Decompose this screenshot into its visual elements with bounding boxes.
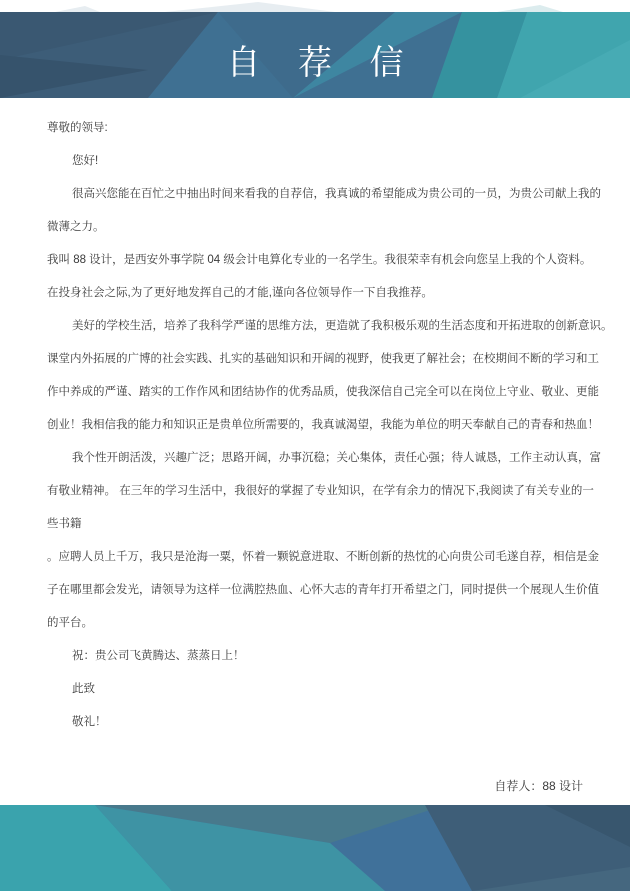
letter-line: 课堂内外拓展的广博的社会实践、扎实的基础知识和开阔的视野，使我更了解社会；在校期…: [47, 343, 583, 376]
letter-line: 您好!: [47, 145, 583, 178]
header-facet: [497, 5, 563, 12]
letter-line: 在投身社会之际,为了更好地发挥自己的才能,谨向各位领导作一下自我推荐。: [47, 277, 583, 310]
letter-body: 尊敬的领导:您好!很高兴您能在百忙之中抽出时间来看我的自荐信，我真诚的希望能成为…: [47, 112, 583, 739]
page-title: 自 荐 信: [213, 35, 418, 84]
letter-line: 尊敬的领导:: [47, 112, 583, 145]
letter-line: 祝：贵公司飞黄腾达、蒸蒸日上！: [47, 640, 583, 673]
letter-line: 些书籍: [47, 508, 583, 541]
letter-line: 我个性开朗活泼，兴趣广泛；思路开阔，办事沉稳；关心集体，责任心强；待人诚恳，工作…: [47, 442, 583, 475]
letter-line: 敬礼！: [47, 706, 583, 739]
letter-line: 微薄之力。: [47, 211, 583, 244]
title-overlay: 自 荐 信: [0, 12, 630, 98]
letter-line: 有敬业精神。 在三年的学习生活中，我很好的掌握了专业知识，在学有余力的情况下,我…: [47, 475, 583, 508]
letter-line: 作中养成的严谨、踏实的工作作风和团结协作的优秀品质，使我深信自己完全可以在岗位上…: [47, 376, 583, 409]
letter-line: 创业！我相信我的能力和知识正是贵单位所需要的，我真诚渴望，我能为单位的明天奉献自…: [47, 409, 583, 442]
letter-line: 子在哪里都会发光，请领导为这样一位满腔热血、心怀大志的青年打开希望之门，同时提供…: [47, 574, 583, 607]
letter-line: 很高兴您能在百忙之中抽出时间来看我的自荐信，我真诚的希望能成为贵公司的一员，为贵…: [47, 178, 583, 211]
letter-line: 的平台。: [47, 607, 583, 640]
letter-line: 我叫 88 设计，是西安外事学院 04 级会计电算化专业的一名学生。我很荣幸有机…: [47, 244, 583, 277]
letter-line: 。应聘人员上千万，我只是沧海一粟，怀着一颗锐意进取、不断创新的热忱的心向贵公司毛…: [47, 541, 583, 574]
letter-page: 自 荐 信 尊敬的领导:您好!很高兴您能在百忙之中抽出时间来看我的自荐信，我真诚…: [0, 0, 630, 891]
letter-line: 此致: [47, 673, 583, 706]
letter-line: 美好的学校生活，培养了我科学严谨的思维方法，更造就了我积极乐观的生活态度和开拓进…: [47, 310, 583, 343]
footer-banner: [0, 805, 630, 891]
header-facet: [165, 2, 335, 12]
signature-line: 自荐人：88 设计: [494, 770, 583, 803]
